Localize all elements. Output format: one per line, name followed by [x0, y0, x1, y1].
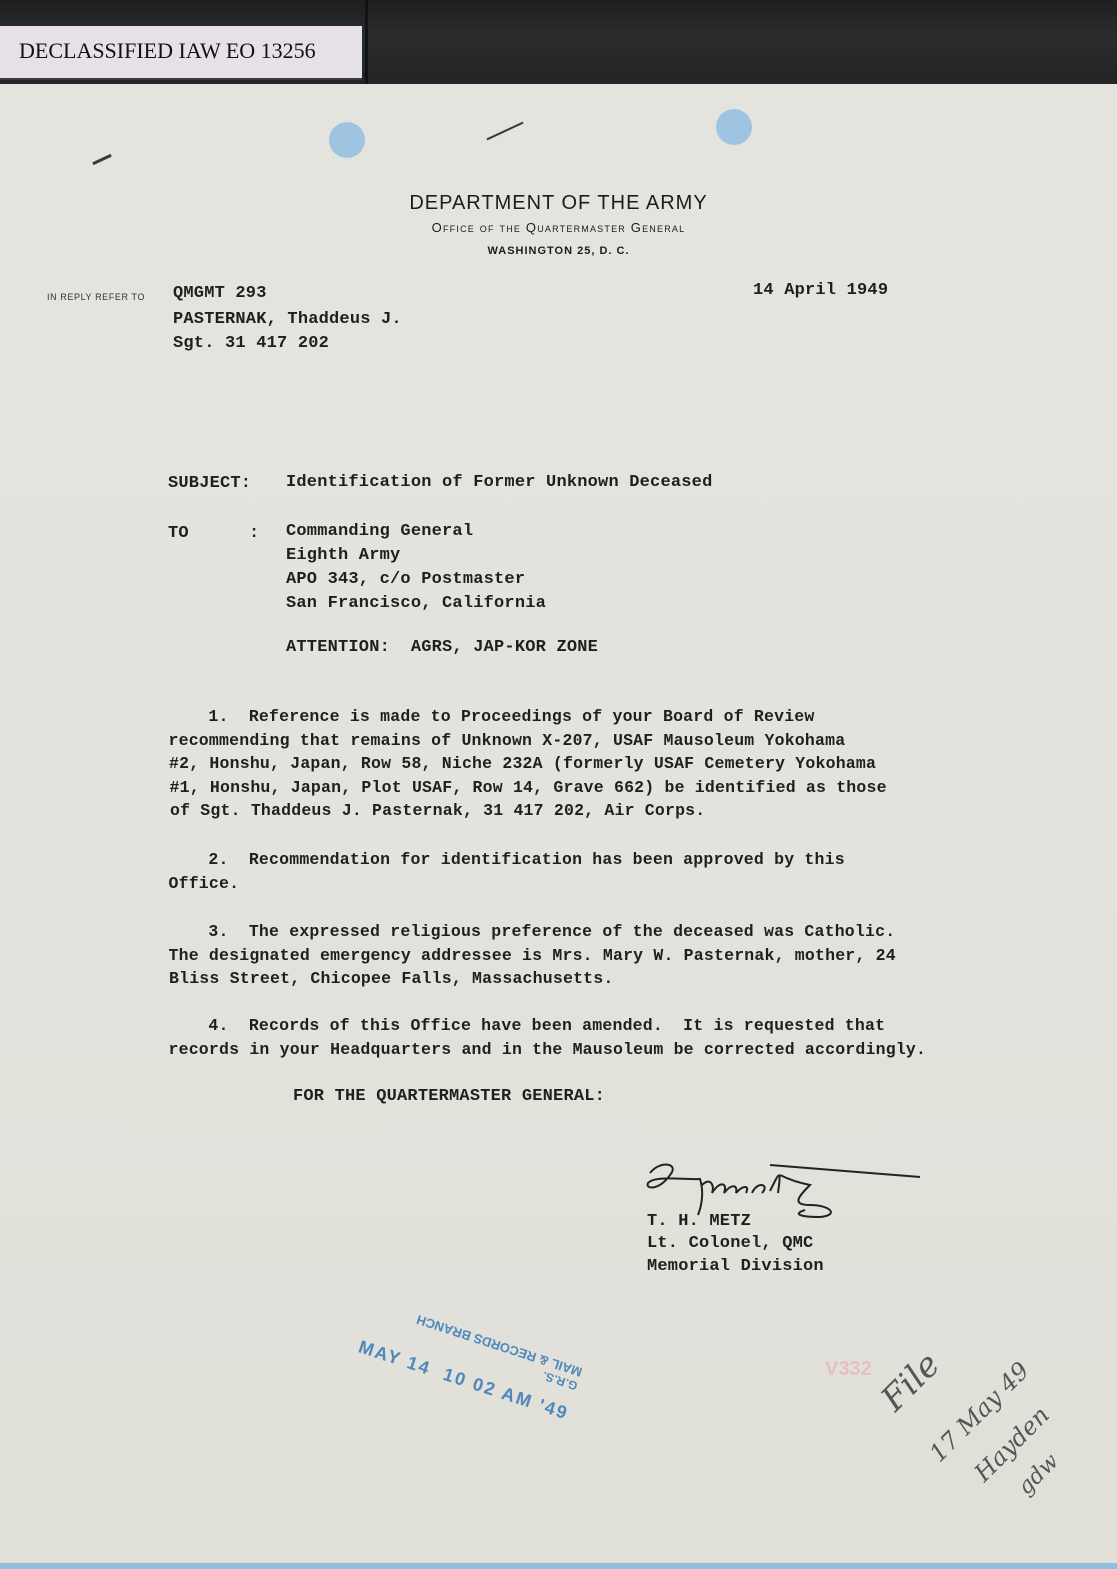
reply-refer-label: IN REPLY REFER TO [47, 292, 145, 302]
binder-seam [365, 0, 368, 84]
paragraph-1-line: recommending that remains of Unknown X-2… [169, 731, 846, 750]
punch-hole-right [716, 109, 752, 145]
reference-name: PASTERNAK, Thaddeus J. [173, 310, 402, 329]
to-address-line: Eighth Army [286, 546, 400, 565]
signer-name: T. H. METZ [647, 1212, 751, 1231]
subject-text: Identification of Former Unknown Decease… [286, 473, 712, 492]
reference-service-number: Sgt. 31 417 202 [173, 334, 329, 353]
to-colon: : [249, 524, 259, 543]
paragraph-2-line: 2. Recommendation for identification has… [168, 850, 845, 869]
signer-rank: Lt. Colonel, QMC [647, 1234, 813, 1253]
paragraph-3-line: 3. The expressed religious preference of… [168, 922, 895, 941]
paragraph-3-line: The designated emergency addressee is Mr… [169, 946, 896, 965]
attention-line: ATTENTION: AGRS, JAP-KOR ZONE [286, 638, 598, 657]
to-address-line: San Francisco, California [286, 594, 546, 613]
paragraph-4-line: 4. Records of this Office have been amen… [168, 1016, 885, 1035]
to-address-line: Commanding General [286, 522, 473, 541]
to-address-line: APO 343, c/o Postmaster [286, 570, 525, 589]
red-file-number: V332 [825, 1358, 872, 1381]
paragraph-1-line: 1. Reference is made to Proceedings of y… [168, 707, 815, 726]
letterhead-address: WASHINGTON 25, D. C. [0, 245, 1117, 257]
paragraph-4-line: records in your Headquarters and in the … [169, 1040, 927, 1059]
paragraph-2-line: Office. [169, 874, 240, 893]
paragraph-1-line: of Sgt. Thaddeus J. Pasternak, 31 417 20… [170, 801, 705, 820]
paragraph-1-line: #1, Honshu, Japan, Plot USAF, Row 14, Gr… [170, 778, 887, 797]
bottom-edge [0, 1563, 1117, 1569]
reference-code: QMGMT 293 [173, 284, 267, 303]
letter-date: 14 April 1949 [753, 281, 888, 300]
document-page [0, 84, 1117, 1563]
closing-line: FOR THE QUARTERMASTER GENERAL: [293, 1087, 605, 1106]
punch-hole-left [329, 122, 365, 158]
letterhead-office: Office of the Quartermaster General [0, 220, 1117, 235]
paragraph-1-line: #2, Honshu, Japan, Row 58, Niche 232A (f… [169, 754, 876, 773]
paragraph-3-line: Bliss Street, Chicopee Falls, Massachuse… [169, 969, 613, 988]
signer-division: Memorial Division [647, 1257, 824, 1276]
letterhead-department: DEPARTMENT OF THE ARMY [0, 192, 1117, 215]
subject-label: SUBJECT: [168, 474, 251, 493]
to-label: TO [168, 524, 189, 543]
declassified-label: DECLASSIFIED IAW EO 13256 [0, 26, 362, 80]
